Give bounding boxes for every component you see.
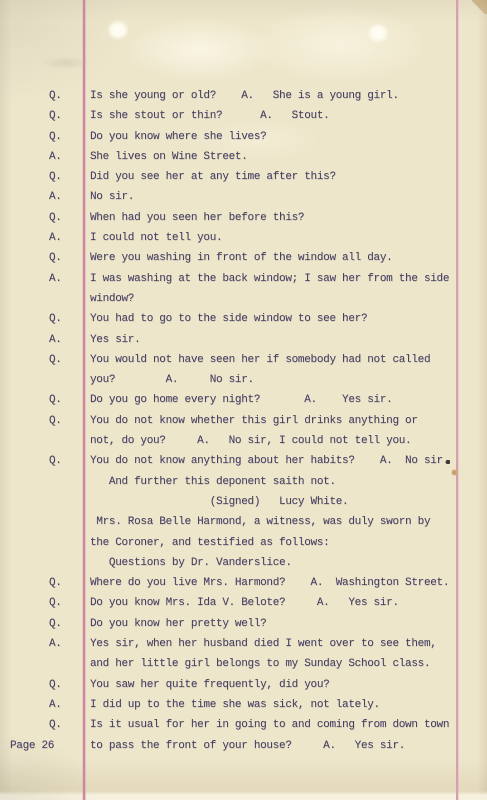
- line-text: Do you go home every night? A. Yes sir.: [90, 394, 392, 406]
- line-text: Mrs. Rosa Belle Harmond, a witness, was …: [90, 516, 430, 528]
- speaker-label: Q.: [49, 106, 62, 126]
- line-text: Were you washing in front of the window …: [90, 252, 392, 264]
- speaker-label: Q.: [49, 593, 62, 613]
- transcript-line: A.She lives on Wine Street.: [90, 147, 464, 167]
- line-text: I could not tell you.: [90, 232, 222, 244]
- transcript-line: Q.Were you washing in front of the windo…: [90, 248, 464, 268]
- speaker-label: Q.: [49, 167, 62, 187]
- speaker-label: Q.: [49, 411, 62, 431]
- line-text: Is she stout or thin? A. Stout.: [90, 110, 329, 122]
- hole-punch-right: [364, 20, 392, 46]
- speaker-label: A.: [49, 147, 62, 167]
- transcript-line: Q.Do you know where she lives?: [90, 127, 464, 147]
- line-text: window?: [90, 293, 134, 305]
- line-text: You had to go to the side window to see …: [90, 313, 367, 325]
- line-text: When had you seen her before this?: [90, 212, 304, 224]
- transcript-line: Q.Do you know her pretty well?: [90, 614, 464, 634]
- speaker-label: A.: [49, 634, 62, 654]
- transcript-line: Q.Where do you live Mrs. Harmond? A. Was…: [90, 573, 464, 593]
- document-page: Q.Is she young or old? A. She is a young…: [0, 0, 487, 800]
- speaker-label: A.: [49, 695, 62, 715]
- speaker-label: Q.: [49, 451, 62, 471]
- line-text: You saw her quite frequently, did you?: [90, 679, 329, 691]
- line-text: Did you see her at any time after this?: [90, 171, 336, 183]
- transcript-line: A.Yes sir.: [90, 330, 464, 350]
- speaker-label: Q.: [49, 127, 62, 147]
- transcript-line: And further this deponent saith not.: [90, 472, 464, 492]
- transcript-line: Q.You saw her quite frequently, did you?: [90, 675, 464, 695]
- line-text: not, do you? A. No sir, I could not tell…: [90, 435, 411, 447]
- transcript-line: Questions by Dr. Vanderslice.: [90, 553, 464, 573]
- speaker-label: Q.: [49, 208, 62, 228]
- transcript-line: Q.Is she stout or thin? A. Stout.: [90, 106, 464, 126]
- transcript-line: A.Yes sir, when her husband died I went …: [90, 634, 464, 654]
- speaker-label: A.: [49, 330, 62, 350]
- transcript-line: A.I did up to the time she was sick, not…: [90, 695, 464, 715]
- transcript-line: Q.You do not know anything about her hab…: [90, 451, 464, 471]
- transcript-line: Q.You had to go to the side window to se…: [90, 309, 464, 329]
- transcript-line: Q.Is she young or old? A. She is a young…: [90, 86, 464, 106]
- line-text: to pass the front of your house? A. Yes …: [90, 740, 405, 752]
- line-text: Do you know her pretty well?: [90, 618, 266, 630]
- line-text: You do not know anything about her habit…: [90, 455, 449, 467]
- transcript-line: Q.Do you know Mrs. Ida V. Belote? A. Yes…: [90, 593, 464, 613]
- speaker-label: Q.: [49, 309, 62, 329]
- line-text: She lives on Wine Street.: [90, 151, 248, 163]
- transcript-line: Q.Is it usual for her in going to and co…: [90, 715, 464, 735]
- line-text: No sir.: [90, 191, 134, 203]
- hole-punch-left: [104, 17, 132, 43]
- speaker-label: A.: [49, 187, 62, 207]
- line-text: And further this deponent saith not.: [90, 476, 336, 488]
- line-text: You would not have seen her if somebody …: [90, 354, 430, 366]
- speaker-label: Q.: [49, 675, 62, 695]
- transcript-line: Q.You would not have seen her if somebod…: [90, 350, 464, 370]
- line-text: Do you know where she lives?: [90, 131, 266, 143]
- speaker-label: Q.: [49, 390, 62, 410]
- line-text: Yes sir, when her husband died I went ov…: [90, 638, 437, 650]
- transcript-line: you? A. No sir.: [90, 370, 464, 390]
- transcript-line: Q.When had you seen her before this?: [90, 208, 464, 228]
- transcript-line: the Coroner, and testified as follows:: [90, 533, 464, 553]
- transcript-line: window?: [90, 289, 464, 309]
- transcript-line: A.I could not tell you.: [90, 228, 464, 248]
- transcript-line: Q.You do not know whether this girl drin…: [90, 411, 464, 431]
- transcript-line: Q.Do you go home every night? A. Yes sir…: [90, 390, 464, 410]
- transcript: Q.Is she young or old? A. She is a young…: [90, 86, 464, 756]
- speaker-label: A.: [49, 269, 62, 289]
- line-text: and her little girl belongs to my Sunday…: [90, 658, 430, 670]
- speaker-label: A.: [49, 228, 62, 248]
- transcript-line: Q.Did you see her at any time after this…: [90, 167, 464, 187]
- transcript-line: A.No sir.: [90, 187, 464, 207]
- transcript-line: not, do you? A. No sir, I could not tell…: [90, 431, 464, 451]
- line-text: I was washing at the back window; I saw …: [90, 273, 449, 285]
- line-text: (Signed) Lucy White.: [90, 496, 348, 508]
- speaker-label: Q.: [49, 86, 62, 106]
- transcript-line: A.I was washing at the back window; I sa…: [90, 269, 464, 289]
- speaker-label: Q.: [49, 573, 62, 593]
- transcript-line: Mrs. Rosa Belle Harmond, a witness, was …: [90, 512, 464, 532]
- page-number-label: Page 26: [10, 736, 54, 756]
- line-text: Yes sir.: [90, 334, 140, 346]
- speaker-label: Q.: [49, 715, 62, 735]
- line-text: You do not know whether this girl drinks…: [90, 415, 418, 427]
- speaker-label: Q.: [49, 350, 62, 370]
- left-margin-rule: [83, 0, 85, 800]
- transcript-line: (Signed) Lucy White.: [90, 492, 464, 512]
- speaker-label: Q.: [49, 248, 62, 268]
- line-text: the Coroner, and testified as follows:: [90, 537, 329, 549]
- line-text: Do you know Mrs. Ida V. Belote? A. Yes s…: [90, 597, 399, 609]
- line-text: Where do you live Mrs. Harmond? A. Washi…: [90, 577, 449, 589]
- line-text: Is it usual for her in going to and comi…: [90, 719, 449, 731]
- speaker-label: Q.: [49, 614, 62, 634]
- line-text: you? A. No sir.: [90, 374, 254, 386]
- page-corner-fold: [472, 0, 487, 14]
- line-text: I did up to the time she was sick, not l…: [90, 699, 380, 711]
- transcript-line: and her little girl belongs to my Sunday…: [90, 654, 464, 674]
- line-text: Is she young or old? A. She is a young g…: [90, 90, 399, 102]
- transcript-line: Page 26to pass the front of your house? …: [90, 736, 464, 756]
- line-text: Questions by Dr. Vanderslice.: [90, 557, 292, 569]
